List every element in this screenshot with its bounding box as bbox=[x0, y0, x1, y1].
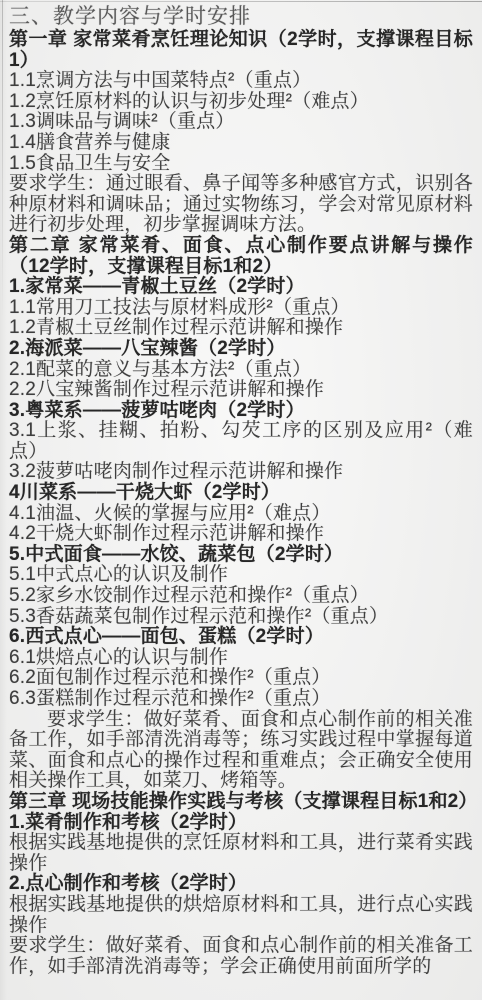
unit-heading-5: 5.中式面食——水饺、蔬菜包（2学时） bbox=[9, 545, 473, 566]
photo-edge-left bbox=[2, 0, 3, 320]
syllabus-item-2-1-2: 1.2青椒土豆丝制作过程示范讲解和操作 bbox=[9, 318, 473, 339]
syllabus-item-2-3-1: 3.1上浆、挂糊、拍粉、勾芡工序的区别及应用²（难点） bbox=[9, 421, 473, 462]
syllabus-item-2-5-1: 5.1中式点心的认识及制作 bbox=[9, 565, 473, 586]
syllabus-item-1-5: 1.5食品卫生与安全 bbox=[9, 154, 473, 175]
unit-heading-3: 3.粤菜系——菠萝咕咾肉（2学时） bbox=[9, 401, 473, 422]
syllabus-item-2-4-1: 4.1油温、火候的掌握与应用²（难点） bbox=[9, 504, 473, 525]
syllabus-item-2-6-2: 6.2面包制作过程示范和操作²（重点） bbox=[9, 668, 473, 689]
syllabus-item-1-3: 1.3调味品与调味²（重点） bbox=[9, 112, 473, 133]
unit-3-1-description: 根据实践基地提供的烹饪原材料和工具，进行菜肴实践操作 bbox=[9, 833, 473, 874]
syllabus-item-2-2-2: 2.2八宝辣酱制作过程示范讲解和操作 bbox=[9, 380, 473, 401]
syllabus-item-2-6-3: 6.3蛋糕制作过程示范和操作²（重点） bbox=[9, 689, 473, 710]
syllabus-item-2-6-1: 6.1烘焙点心的认识与制作 bbox=[9, 648, 473, 669]
chapter-3-heading: 第三章 现场技能操作实践与考核（支撑课程目标1和2） bbox=[9, 792, 473, 813]
unit-heading-4: 4川菜系——干烧大虾（2学时） bbox=[9, 483, 473, 504]
chapter-2-requirements: 要求学生：做好菜肴、面食和点心制作前的相关准备工作，如手部清洗消毒等；练习实践过… bbox=[9, 710, 473, 792]
chapter-3-requirements: 要求学生：做好菜肴、面食和点心制作前的相关准备工作，如手部清洗消毒等；学会正确使… bbox=[9, 936, 473, 977]
syllabus-item-1-4: 1.4膳食营养与健康 bbox=[9, 133, 473, 154]
unit-heading-3-2: 2.点心制作和考核（2学时） bbox=[9, 874, 473, 895]
unit-heading-6: 6.西式点心——面包、蛋糕（2学时） bbox=[9, 627, 473, 648]
syllabus-item-2-5-3: 5.3香菇蔬菜包制作过程示范和操作²（重点） bbox=[9, 607, 473, 628]
section-title: 三、教学内容与学时安排 bbox=[9, 4, 473, 30]
unit-heading-1: 1.家常菜——青椒土豆丝（2学时） bbox=[9, 277, 473, 298]
photo-edge-top bbox=[0, 1, 482, 2]
chapter-1-heading: 第一章 家常菜肴烹饪理论知识（2学时，支撑课程目标1） bbox=[9, 30, 473, 71]
unit-heading-3-1: 1.菜肴制作和考核（2学时） bbox=[9, 813, 473, 834]
syllabus-item-2-4-2: 4.2干烧大虾制作过程示范讲解和操作 bbox=[9, 524, 473, 545]
unit-heading-2: 2.海派菜——八宝辣酱（2学时） bbox=[9, 339, 473, 360]
syllabus-item-1-1: 1.1烹调方法与中国菜特点²（重点） bbox=[9, 71, 473, 92]
document-page: 三、教学内容与学时安排第一章 家常菜肴烹饪理论知识（2学时，支撑课程目标1）1.… bbox=[0, 0, 482, 1000]
syllabus-item-2-1-1: 1.1常用刀工技法与原材料成形²（重点） bbox=[9, 298, 473, 319]
syllabus-item-2-2-1: 2.1配菜的意义与基本方法²（重点） bbox=[9, 360, 473, 381]
syllabus-item-2-5-2: 5.2家乡水饺制作过程示范和操作²（重点） bbox=[9, 586, 473, 607]
chapter-2-heading: 第二章 家常菜肴、面食、点心制作要点讲解与操作（12学时，支撑课程目标1和2） bbox=[9, 236, 473, 277]
chapter-1-requirements: 要求学生：通过眼看、鼻子闻等多种感官方式，识别各种原材料和调味品；通过实物练习，… bbox=[9, 174, 473, 236]
syllabus-item-2-3-2: 3.2菠萝咕咾肉制作过程示范讲解和操作 bbox=[9, 462, 473, 483]
syllabus-item-1-2: 1.2烹饪原材料的认识与初步处理²（难点） bbox=[9, 92, 473, 113]
unit-3-2-description: 根据实践基地提供的烘焙原材料和工具，进行点心实践操作 bbox=[9, 895, 473, 936]
document-body: 三、教学内容与学时安排第一章 家常菜肴烹饪理论知识（2学时，支撑课程目标1）1.… bbox=[9, 4, 473, 977]
